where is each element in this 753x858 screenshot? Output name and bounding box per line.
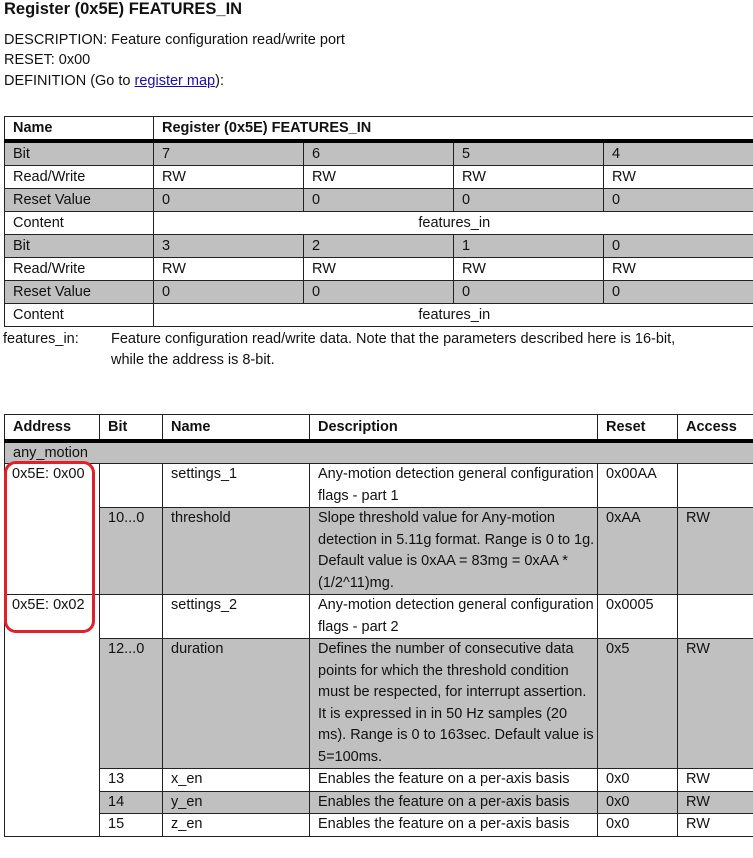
reset-cell: 0 [304, 189, 454, 212]
table-row: Bit 3 2 1 0 [5, 235, 753, 258]
rw-cell: RW [454, 166, 604, 189]
row-label: Bit [5, 235, 154, 258]
rw-cell: RW [154, 258, 304, 281]
name-cell: z_en [163, 814, 310, 837]
bit-cell: 13 [100, 769, 163, 792]
definition-line: DEFINITION (Go to register map): [4, 73, 224, 89]
table-row: Content features_in [5, 304, 753, 327]
table-row: 14 y_en Enables the feature on a per-axi… [5, 791, 753, 814]
bit-cell: 4 [604, 141, 753, 166]
bit-cell [100, 464, 163, 508]
address-cell: 0x5E: 0x00 [5, 464, 100, 595]
register-map-link[interactable]: register map [135, 73, 216, 89]
field-description: Feature configuration read/write data. N… [111, 329, 701, 371]
bit-cell [100, 595, 163, 639]
rw-cell: RW [604, 258, 753, 281]
col-address: Address [5, 415, 100, 442]
access-cell [678, 464, 753, 508]
name-cell: x_en [163, 769, 310, 792]
reset-cell: 0xAA [598, 508, 678, 595]
name-cell: settings_1 [163, 464, 310, 508]
table-row: Bit 7 6 5 4 [5, 141, 753, 166]
rw-cell: RW [154, 166, 304, 189]
row-label: Read/Write [5, 166, 154, 189]
page-title: Register (0x5E) FEATURES_IN [4, 0, 242, 19]
rw-cell: RW [454, 258, 604, 281]
bit-cell: 0 [604, 235, 753, 258]
reset-cell: 0 [604, 189, 753, 212]
bit-cell: 10...0 [100, 508, 163, 595]
reset-cell: 0x0 [598, 769, 678, 792]
table-row: Reset Value 0 0 0 0 [5, 281, 753, 304]
description-cell: Enables the feature on a per-axis basis [310, 814, 598, 837]
bit-cell: 7 [154, 141, 304, 166]
table-row: 0x5E: 0x02 settings_2 Any-motion detecti… [5, 595, 753, 639]
reset-cell: 0 [454, 189, 604, 212]
bit-cell: 14 [100, 791, 163, 814]
name-cell: duration [163, 639, 310, 769]
address-cell: 0x5E: 0x02 [5, 595, 100, 837]
description-cell: Any-motion detection general configurati… [310, 464, 598, 508]
table-row: Read/Write RW RW RW RW [5, 258, 753, 281]
description-line: DESCRIPTION: Feature configuration read/… [4, 32, 345, 48]
features-table: Address Bit Name Description Reset Acces… [4, 414, 753, 837]
rw-cell: RW [604, 166, 753, 189]
content-cell: features_in [154, 212, 753, 235]
group-label: any_motion [5, 441, 753, 464]
reset-cell: 0x0 [598, 814, 678, 837]
description-cell: Defines the number of consecutive data p… [310, 639, 598, 769]
access-cell: RW [678, 791, 753, 814]
description-cell: Enables the feature on a per-axis basis [310, 791, 598, 814]
reset-cell: 0 [304, 281, 454, 304]
bit-cell: 2 [304, 235, 454, 258]
bit-cell: 3 [154, 235, 304, 258]
definition-prefix: DEFINITION (Go to [4, 73, 135, 89]
description-cell: Enables the feature on a per-axis basis [310, 769, 598, 792]
col-reset: Reset [598, 415, 678, 442]
row-label: Reset Value [5, 281, 154, 304]
reset-cell: 0x0 [598, 791, 678, 814]
table-row: 10...0 threshold Slope threshold value f… [5, 508, 753, 595]
table-row: 15 z_en Enables the feature on a per-axi… [5, 814, 753, 837]
rw-cell: RW [304, 166, 454, 189]
table-row: Read/Write RW RW RW RW [5, 166, 753, 189]
features-header-row: Address Bit Name Description Reset Acces… [5, 415, 753, 442]
col-name: Name [163, 415, 310, 442]
definition-suffix: ): [215, 73, 224, 89]
name-cell: threshold [163, 508, 310, 595]
reset-cell: 0 [154, 281, 304, 304]
access-cell: RW [678, 814, 753, 837]
name-cell: y_en [163, 791, 310, 814]
table-row: Content features_in [5, 212, 753, 235]
row-label: Read/Write [5, 258, 154, 281]
table-row: Reset Value 0 0 0 0 [5, 189, 753, 212]
access-cell: RW [678, 508, 753, 595]
bit-cell: 5 [454, 141, 604, 166]
description-line-1: Defines the number of consecutive data p… [318, 639, 597, 704]
row-label: Content [5, 212, 154, 235]
reset-cell: 0 [604, 281, 753, 304]
row-label: Content [5, 304, 154, 327]
access-cell: RW [678, 639, 753, 769]
access-cell: RW [678, 769, 753, 792]
description-cell: Slope threshold value for Any-motion det… [310, 508, 598, 595]
bit-cell: 6 [304, 141, 454, 166]
col-description: Description [310, 415, 598, 442]
reset-cell: 0x0005 [598, 595, 678, 639]
col-access: Access [678, 415, 753, 442]
col-bit: Bit [100, 415, 163, 442]
reset-cell: 0 [454, 281, 604, 304]
content-cell: features_in [154, 304, 753, 327]
bit-cell: 12...0 [100, 639, 163, 769]
table-row: 13 x_en Enables the feature on a per-axi… [5, 769, 753, 792]
field-name: features_in: [3, 329, 79, 350]
reset-cell: 0x5 [598, 639, 678, 769]
rw-cell: RW [304, 258, 454, 281]
group-row: any_motion [5, 441, 753, 464]
access-cell [678, 595, 753, 639]
reset-cell: 0x00AA [598, 464, 678, 508]
bit-cell: 1 [454, 235, 604, 258]
table-row: 0x5E: 0x00 settings_1 Any-motion detecti… [5, 464, 753, 508]
register-bit-table: Name Register (0x5E) FEATURES_IN Bit 7 6… [4, 116, 753, 327]
row-label: Reset Value [5, 189, 154, 212]
description-line-2: It is expressed in in 50 Hz samples (20 … [318, 704, 597, 769]
row-label: Bit [5, 141, 154, 166]
bit-cell: 15 [100, 814, 163, 837]
header-name: Name [5, 117, 154, 142]
name-cell: settings_2 [163, 595, 310, 639]
description-cell: Any-motion detection general configurati… [310, 595, 598, 639]
reset-line: RESET: 0x00 [4, 52, 90, 68]
reset-cell: 0 [154, 189, 304, 212]
table-row: 12...0 duration Defines the number of co… [5, 639, 753, 769]
header-register: Register (0x5E) FEATURES_IN [154, 117, 753, 142]
